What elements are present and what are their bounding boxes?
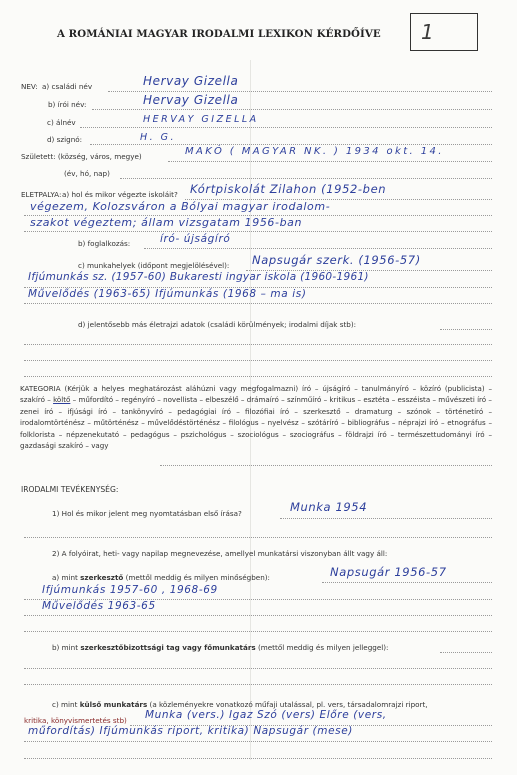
other-data-line-3 [24,360,492,361]
schools-line-3 [24,231,492,232]
form-title: A ROMÁNIAI MAGYAR IRODALMI LEXIKON KÉRDŐ… [57,28,381,40]
board-line-2 [24,668,492,669]
schools-value-3[interactable]: szakot végeztem; állam vizsgatam 1956-ba… [30,216,302,229]
schools-label: a) hol és mikor végezte iskoláit? [62,190,178,199]
other-data-line-2 [24,344,492,345]
form-number: 1 [421,20,434,44]
editor-value-3[interactable]: Művelődés 1963-65 [42,600,156,612]
q1-value[interactable]: Munka 1954 [290,500,367,514]
signature-value[interactable]: H. G. [140,132,176,143]
workplaces-value-2[interactable]: Ifjúmunkás sz. (1957-60) Bukaresti ingya… [28,271,369,283]
pseudonym-value[interactable]: HERVAY GIZELLA [143,114,259,125]
birth-value[interactable]: MAKÓ ( MAGYAR NK. ) 1934 okt. 14. [185,146,444,157]
external-label-2: kritika, könyvismertetés stb) [24,716,127,725]
editor-label: a) mint szerkesztő (mettől meddig és mil… [52,573,270,582]
schools-value-2[interactable]: végezem, Kolozsváron a Bólyai magyar iro… [30,200,330,213]
external-label: c) mint külső munkatárs (a közleményekre… [52,700,428,709]
occupation-value[interactable]: író- újságíró [160,233,230,245]
literary-activity-label: IRODALMI TEVÉKENYSÉG: [21,485,118,494]
external-line-3 [24,758,492,759]
q1-line-2 [24,537,492,538]
board-label: b) mint szerkesztőbizottsági tag vagy fő… [52,643,388,652]
career-section-label: ELETPALYA: [21,190,61,199]
questionnaire-page: A ROMÁNIAI MAGYAR IRODALMI LEXIKON KÉRDŐ… [0,0,517,775]
family-name-label: a) családi név [42,82,92,91]
literary-name-label: b) írói név: [48,100,86,109]
signature-label: d) szignó: [47,135,82,144]
external-value-1[interactable]: Munka (vers.) Igaz Szó (vers) Előre (ver… [145,709,387,721]
name-section-label: NEV: [21,82,38,91]
category-other-line [160,465,492,466]
editor-line-4 [24,631,492,632]
board-line-1 [440,652,492,653]
occupation-line [144,248,492,249]
form-number-box: 1 [410,13,478,51]
q2-label: 2) A folyóirat, heti- vagy napilap megne… [52,549,387,558]
other-data-line-4 [24,376,492,377]
category-paragraph: KATEGORIA (Kérjük a helyes meghatározást… [20,383,492,451]
q1-label: 1) Hol és mikor jelent meg nyomtatásban … [52,509,242,518]
q1-line-1 [280,518,492,519]
workplaces-label: c) munkahelyek (időpont megjelölésével): [78,261,229,270]
other-data-line-1 [440,329,492,330]
board-line-3 [24,684,492,685]
editor-line-1 [322,582,492,583]
category-text-after: – műfordító – regényíró – novellista – e… [20,395,492,450]
editor-value-1[interactable]: Napsugár 1956-57 [330,565,447,579]
occupation-label: b) foglalkozás: [78,239,130,248]
pseudonym-line [80,127,492,128]
family-name-line [108,91,492,92]
editor-value-2[interactable]: Ifjúmunkás 1957-60 , 1968-69 [42,584,218,596]
workplaces-value-1[interactable]: Napsugár szerk. (1956-57) [252,253,421,267]
birth-date-line [120,178,492,179]
editor-line-3 [24,615,492,616]
birth-line [168,161,492,162]
schools-value-1[interactable]: Kórtpiskolát Zilahon (1952-ben [190,182,386,196]
birth-label: Született: (község, város, megye) [21,152,142,161]
external-value-2[interactable]: műfordítás) Ifjúmunkás riport, kritika) … [28,725,353,737]
signature-line [90,144,492,145]
family-name-value[interactable]: Hervay Gizella [143,74,238,88]
pseudonym-label: c) álnév [47,118,76,127]
birth-date-label: (év, hó, nap) [64,169,110,178]
literary-name-value[interactable]: Hervay Gizella [143,93,238,107]
literary-name-line [92,109,492,110]
external-line-2 [24,741,492,742]
other-data-label: d) jelentősebb más életrajzi adatok (csa… [78,320,356,329]
category-selected-kolto[interactable]: költő [53,395,70,404]
workplaces-line-3 [24,303,492,304]
workplaces-value-3[interactable]: Művelődés (1963-65) Ifjúmunkás (1968 – m… [28,288,307,300]
